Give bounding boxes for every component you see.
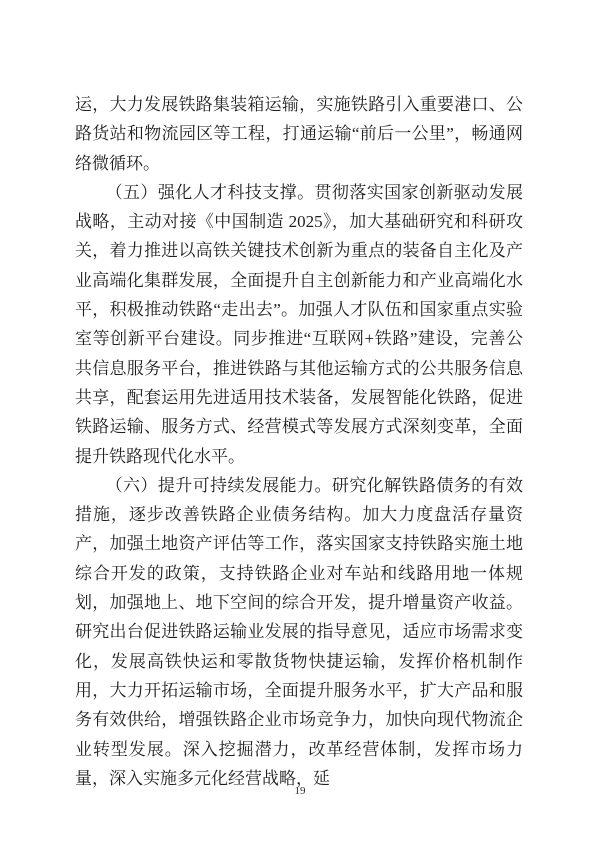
paragraph-section-5: （五）强化人才科技支撑。贯彻落实国家创新驱动发展战略，主动对接《中国制造 202…	[75, 178, 523, 471]
page-number: 19	[0, 784, 600, 798]
paragraph-continuation: 运，大力发展铁路集装箱运输，实施铁路引入重要港口、公路货站和物流园区等工程，打通…	[75, 90, 523, 178]
paragraph-section-6: （六）提升可持续发展能力。研究化解铁路债务的有效措施，逐步改善铁路企业债务结构。…	[75, 471, 523, 793]
document-page: 运，大力发展铁路集装箱运输，实施铁路引入重要港口、公路货站和物流园区等工程，打通…	[0, 0, 600, 848]
document-body: 运，大力发展铁路集装箱运输，实施铁路引入重要港口、公路货站和物流园区等工程，打通…	[75, 90, 523, 793]
